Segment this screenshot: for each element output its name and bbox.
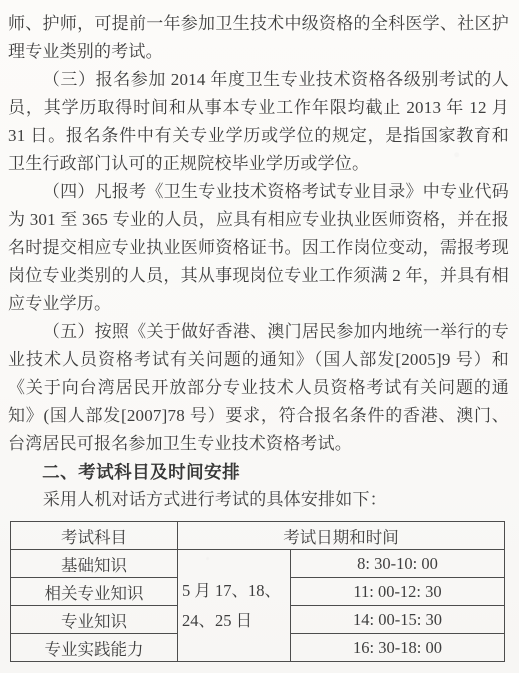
- table-header-row: 考试科目 考试日期和时间: [11, 522, 505, 550]
- table-intro-line: 采用人机对话方式进行考试的具体安排如下：: [8, 486, 509, 514]
- time-cell-3: 14: 00-15: 30: [291, 606, 505, 634]
- subject-cell-basic-knowledge: 基础知识: [11, 550, 178, 578]
- time-cell-2: 11: 00-12: 30: [291, 578, 505, 606]
- subject-cell-practical-ability: 专业实践能力: [11, 634, 178, 662]
- exam-date-cell: 5 月 17、18、24、25 日: [178, 550, 291, 662]
- paragraph-item-4: （四）凡报考《卫生专业技术资格考试专业目录》中专业代码为 301 至 365 专…: [8, 178, 509, 318]
- subject-cell-professional-knowledge: 专业知识: [11, 606, 178, 634]
- paragraph-item-5: （五）按照《关于做好香港、澳门居民参加内地统一举行的专业技术人员资格考试有关问题…: [8, 318, 509, 458]
- document-page: 师、护师，可提前一年参加卫生技术中级资格的全科医学、社区护理专业类别的考试。 （…: [0, 0, 519, 673]
- time-cell-4: 16: 30-18: 00: [291, 634, 505, 662]
- time-cell-1: 8: 30-10: 00: [291, 550, 505, 578]
- section-heading: 二、考试科目及时间安排: [8, 458, 509, 486]
- paragraph-item-3: （三）报名参加 2014 年度卫生专业技术资格各级别考试的人员，其学历取得时间和…: [8, 66, 509, 178]
- header-cell-datetime: 考试日期和时间: [178, 522, 505, 550]
- exam-schedule-table: 考试科目 考试日期和时间 基础知识 5 月 17、18、24、25 日 8: 3…: [10, 521, 505, 662]
- subject-cell-related-knowledge: 相关专业知识: [11, 578, 178, 606]
- table-row: 基础知识 5 月 17、18、24、25 日 8: 30-10: 00: [11, 550, 505, 578]
- paragraph-continuation: 师、护师，可提前一年参加卫生技术中级资格的全科医学、社区护理专业类别的考试。: [8, 10, 509, 66]
- header-cell-subject: 考试科目: [11, 522, 178, 550]
